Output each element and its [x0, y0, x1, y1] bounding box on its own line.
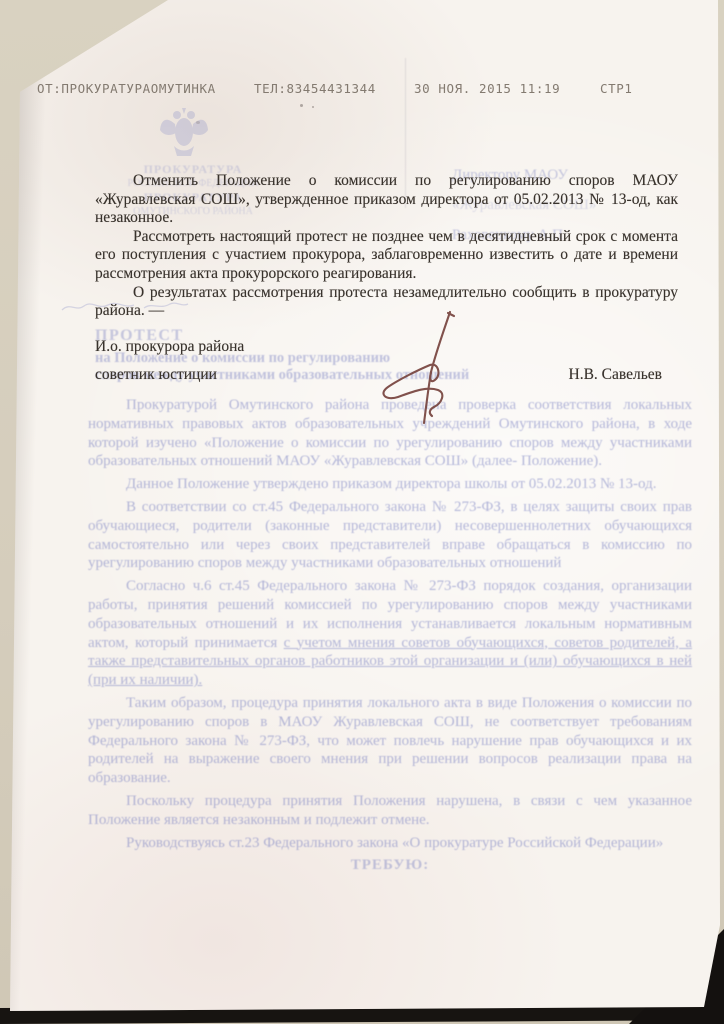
coat-of-arms-ghost	[158, 106, 210, 160]
fax-datetime: 30 НОЯ. 2015 11:19	[414, 81, 560, 96]
operative-part: Отменить Положение о комиссии по регулир…	[95, 172, 678, 321]
pen-signature	[368, 310, 488, 425]
ghost-paragraph: Руководствуясь ст.23 Федерального закона…	[88, 834, 692, 853]
signer-name: Н.В. Савельев	[569, 366, 662, 384]
scan-speck	[312, 106, 314, 108]
ghost-paragraph-with-underline: Согласно ч.6 ст.45 Федерального закона №…	[88, 577, 692, 690]
left-edge-shadow	[0, 0, 48, 1012]
signer-position-line2: советник юстиции	[95, 366, 217, 384]
protest-body-ghost: Прокуратурой Омутинского района проведен…	[88, 396, 692, 879]
scan-speck	[196, 121, 200, 124]
corner-fold-shadow	[6, 0, 141, 75]
signer-position-line1: И.о. прокурора района	[95, 338, 244, 356]
ghost-paragraph: Данное Положение утверждено приказом дир…	[88, 475, 692, 494]
fax-page-number: СТР1	[600, 81, 633, 96]
scan-speck	[300, 104, 303, 107]
fax-telephone: ТЕЛ:83454431344	[254, 81, 376, 96]
scanned-fax-page: ОТ:ПРОКУРАТУРАОМУТИНКА ТЕЛ:83454431344 3…	[0, 0, 724, 1024]
fax-sender: ОТ:ПРОКУРАТУРАОМУТИНКА	[37, 81, 216, 96]
operative-paragraph-cancel: Отменить Положение о комиссии по регулир…	[95, 172, 678, 228]
document-paper: ОТ:ПРОКУРАТУРАОМУТИНКА ТЕЛ:83454431344 3…	[0, 0, 724, 1024]
ghost-paragraph: В соответствии со ст.45 Федерального зак…	[88, 498, 692, 573]
ghost-paragraph: Таким образом, процедура принятия локаль…	[88, 694, 692, 788]
demand-heading-ghost: ТРЕБУЮ:	[88, 856, 692, 875]
corner-fold-crease	[21, 0, 175, 37]
ghost-paragraph: Поскольку процедура принятия Положения н…	[88, 792, 692, 830]
operative-paragraph-review: Рассмотреть настоящий протест не позднее…	[95, 228, 678, 284]
